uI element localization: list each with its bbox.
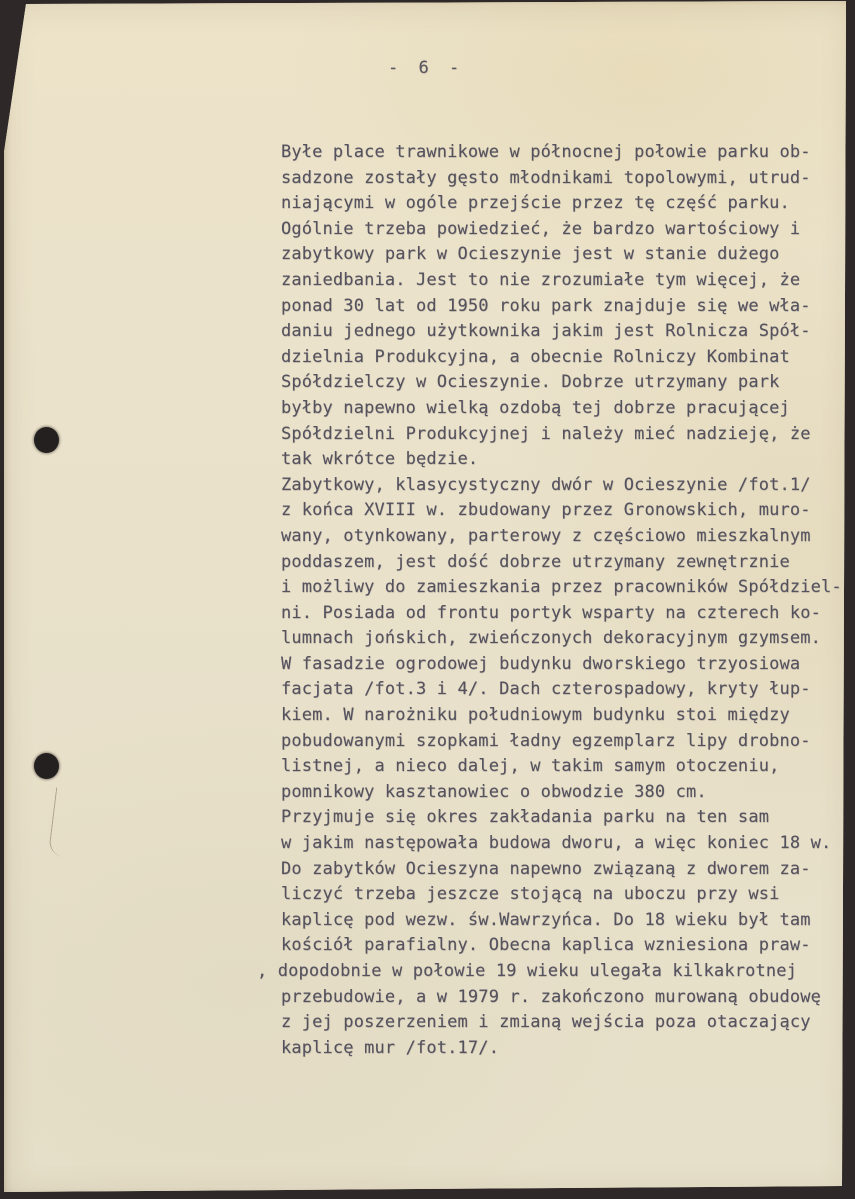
text-line: , dopodobnie w połowie 19 wieku ulegała …: [281, 959, 853, 985]
text-line: poddaszem, jest dość dobrze utrzymany ze…: [281, 550, 853, 576]
text-line: Do zabytków Ocieszyna napewno związaną z…: [281, 857, 853, 883]
text-line: w jakim następowała budowa dworu, a więc…: [281, 831, 853, 857]
text-line: Ogólnie trzeba powiedzieć, że bardzo war…: [281, 217, 853, 243]
text-line: dzielnia Produkcyjna, a obecnie Rolniczy…: [281, 345, 853, 371]
hole-punch-bottom: [34, 753, 59, 779]
text-line: sadzone zostały gęsto młodnikami topolow…: [281, 166, 853, 192]
text-line: kaplicę pod wezw. św.Wawrzyńca. Do 18 wi…: [281, 908, 853, 934]
text-line: facjata /fot.3 i 4/. Dach czterospadowy,…: [281, 677, 853, 703]
text-line: lumnach jońskich, zwieńczonych dekoracyj…: [281, 626, 853, 652]
typewritten-text-block: Byłe place trawnikowe w północnej połowi…: [281, 140, 853, 1061]
text-line: kiem. W narożniku południowym budynku st…: [281, 703, 853, 729]
text-line: wany, otynkowany, parterowy z częściowo …: [281, 524, 853, 550]
text-line: listnej, a nieco dalej, w takim samym ot…: [281, 754, 853, 780]
text-line: ponad 30 lat od 1950 roku park znajduje …: [281, 294, 853, 320]
text-line: Byłe place trawnikowe w północnej połowi…: [281, 140, 853, 166]
text-line: pobudowanymi szopkami ładny egzemplarz l…: [281, 729, 853, 755]
text-line: W fasadzie ogrodowej budynku dworskiego …: [281, 652, 853, 678]
text-line: niającymi w ogóle przejście przez tę czę…: [281, 191, 853, 217]
text-line: kościół parafialny. Obecna kaplica wznie…: [281, 933, 853, 959]
text-line: z jej poszerzeniem i zmianą wejścia poza…: [281, 1010, 853, 1036]
text-line: zabytkowy park w Ocieszynie jest w stani…: [281, 242, 853, 268]
hole-punch-top: [34, 427, 59, 453]
text-line: Przyjmuje się okres zakładania parku na …: [281, 805, 853, 831]
text-line: Spółdzielni Produkcyjnej i należy mieć n…: [281, 422, 853, 448]
text-line: liczyć trzeba jeszcze stojącą na uboczu …: [281, 882, 853, 908]
text-line: przebudowie, a w 1979 r. zakończono muro…: [281, 985, 853, 1011]
text-line: daniu jednego użytkownika jakim jest Rol…: [281, 319, 853, 345]
text-line: pomnikowy kasztanowiec o obwodzie 380 cm…: [281, 780, 853, 806]
text-line: i możliwy do zamieszkania przez pracowni…: [281, 575, 853, 601]
text-line: Spółdzielczy w Ocieszynie. Dobrze utrzym…: [281, 370, 853, 396]
scratch-mark: [48, 787, 71, 856]
page-number: - 6 -: [388, 58, 464, 78]
text-line: zaniedbania. Jest to nie zrozumiałe tym …: [281, 268, 853, 294]
text-line: kaplicę mur /fot.17/.: [281, 1036, 853, 1062]
text-line: byłby napewno wielką ozdobą tej dobrze p…: [281, 396, 853, 422]
text-line: ni. Posiada od frontu portyk wsparty na …: [281, 601, 853, 627]
text-line: z końca XVIII w. zbudowany przez Gronows…: [281, 498, 853, 524]
paper-sheet: - 6 - Byłe place trawnikowe w północnej …: [0, 0, 855, 1199]
text-line: Zabytkowy, klasycystyczny dwór w Ocieszy…: [281, 473, 853, 499]
scanned-page: - 6 - Byłe place trawnikowe w północnej …: [0, 0, 855, 1199]
text-line: tak wkrótce będzie.: [281, 447, 853, 473]
